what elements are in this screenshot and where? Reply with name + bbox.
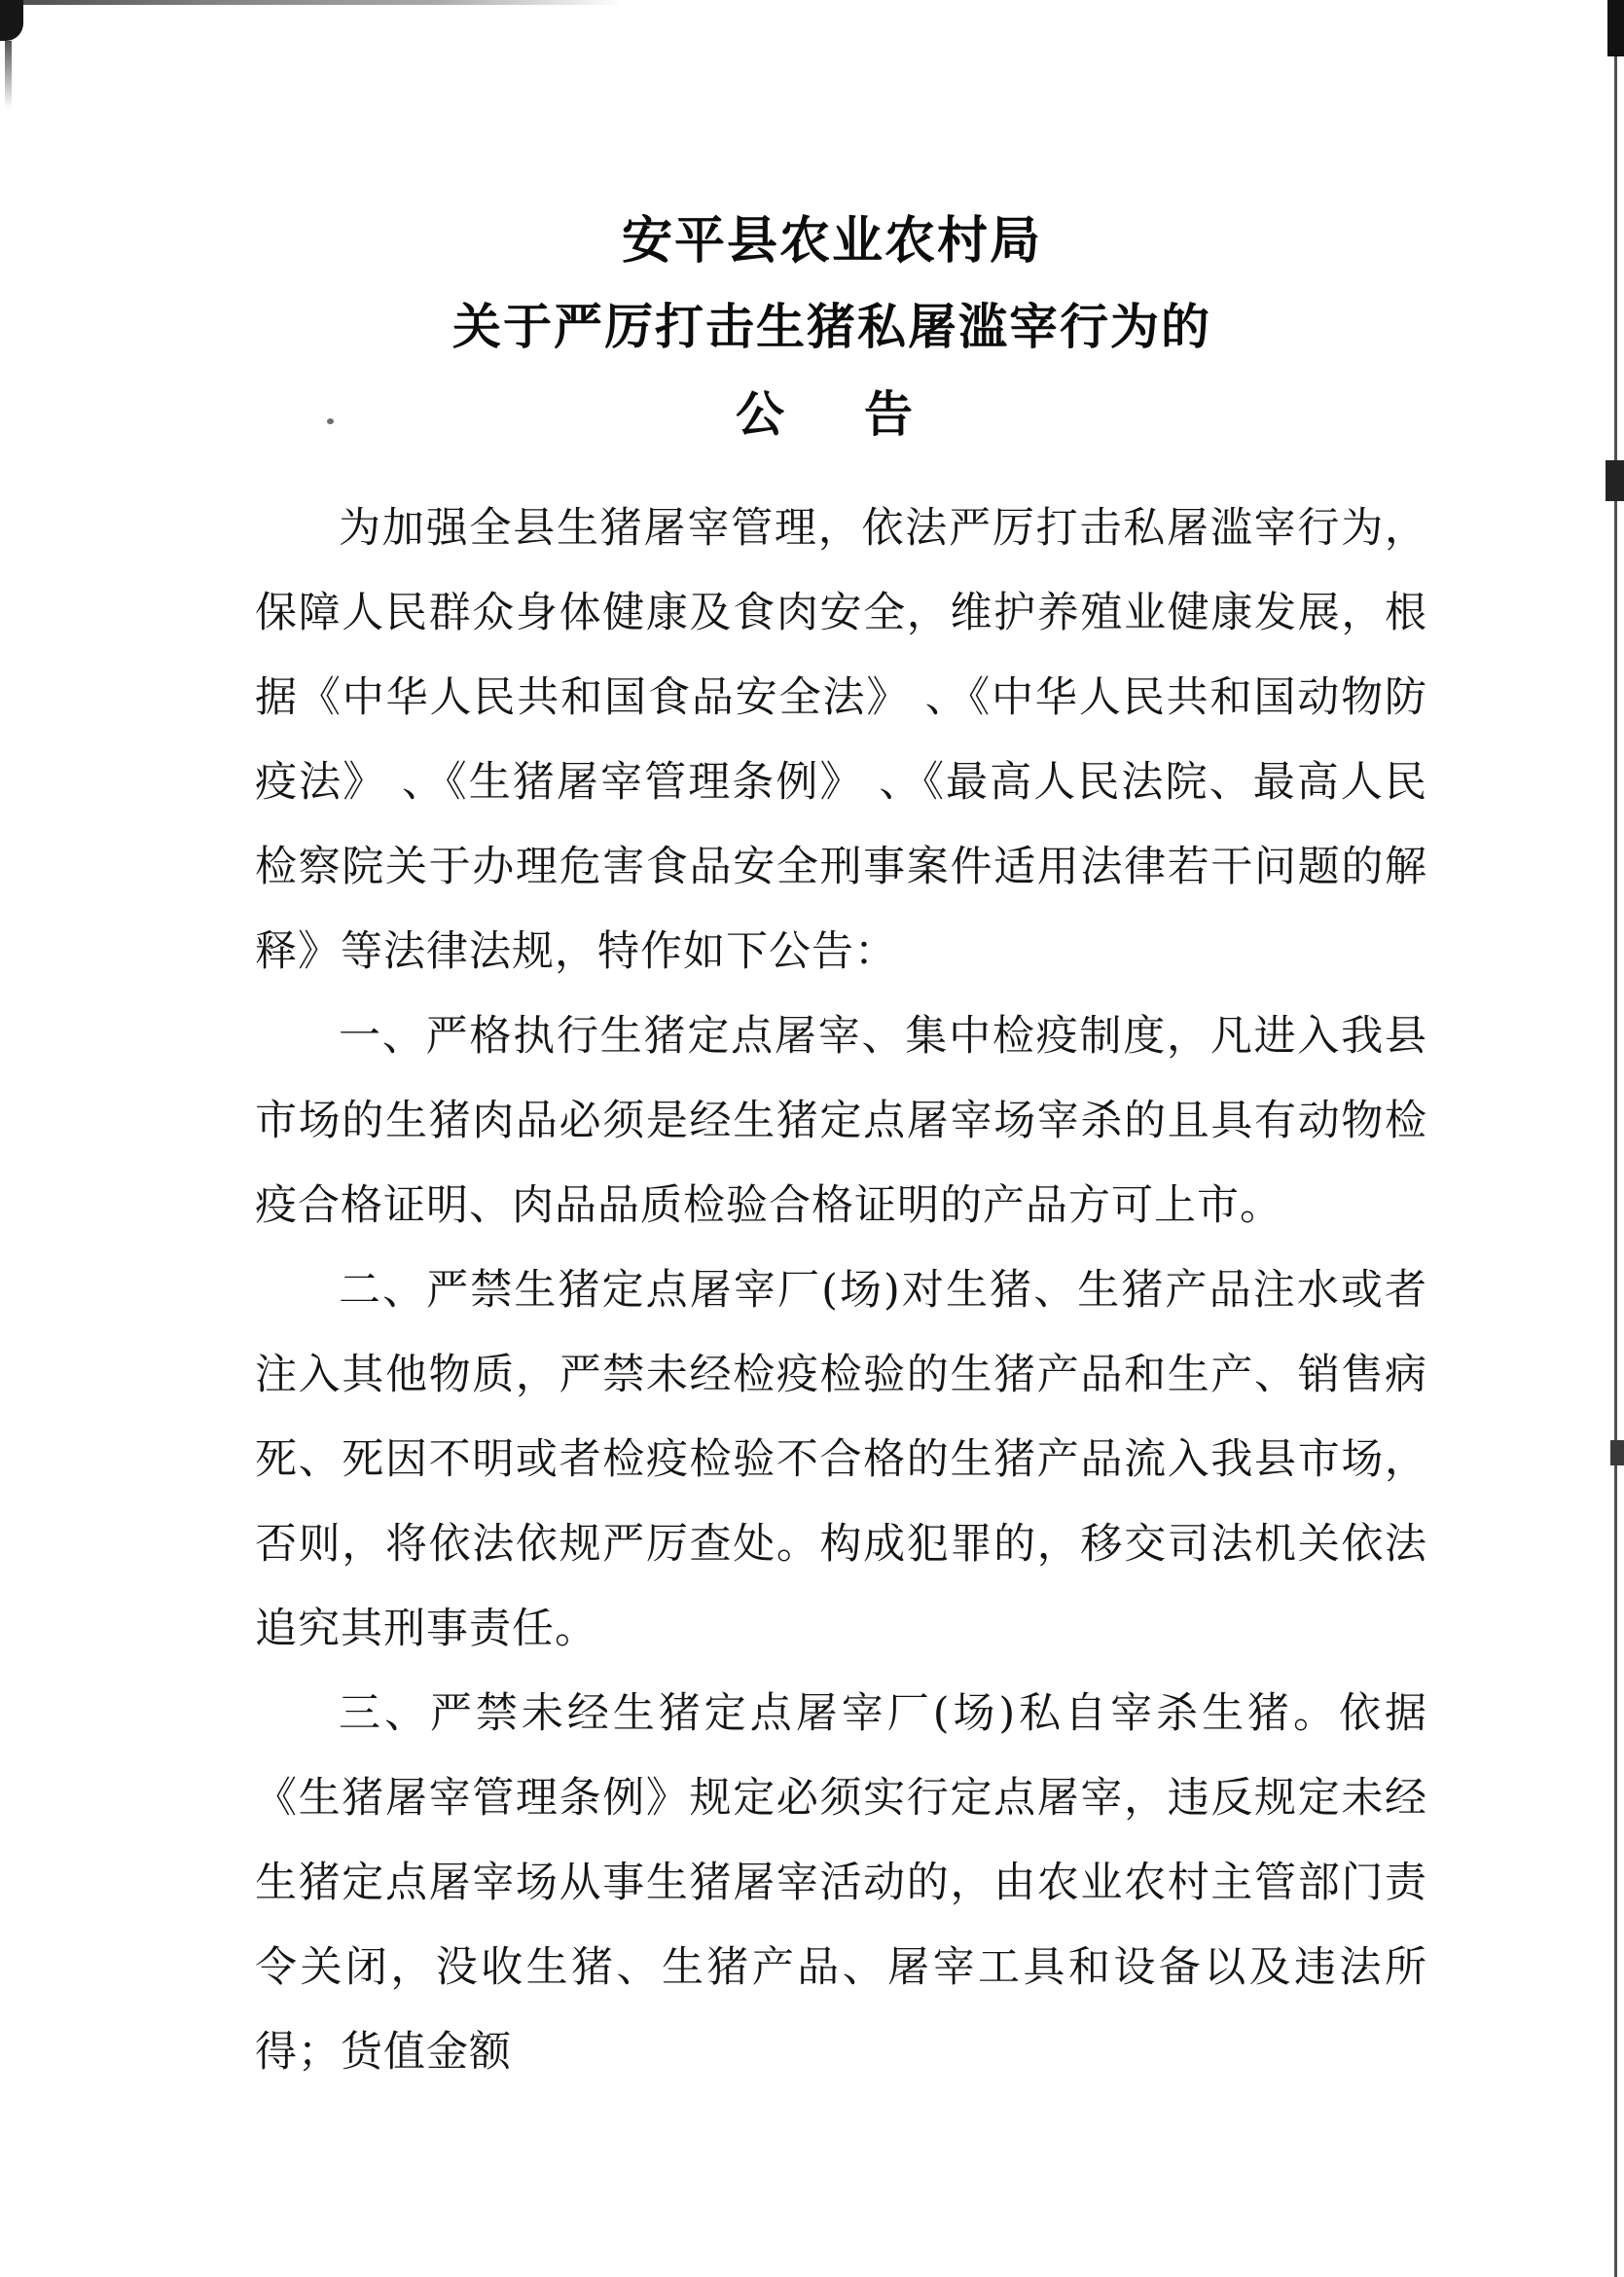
issuer-title: 安平县农业农村局 xyxy=(234,199,1430,272)
scan-top-left-blob xyxy=(0,0,23,41)
scan-right-edge-line xyxy=(1614,0,1617,2277)
paragraph-item-3: 三、严禁未经生猪定点屠宰厂(场)私自宰杀生猪。依据《生猪屠宰管理条例》规定必须实… xyxy=(255,1672,1427,2095)
paragraph-item-1: 一、严格执行生猪定点屠宰、集中检疫制度，凡进入我县市场的生猪肉品必须是经生猪定点… xyxy=(255,994,1427,1248)
paragraph-item-2: 二、严禁生猪定点屠宰厂(场)对生猪、生猪产品注水或者注入其他物质，严禁未经检疫检… xyxy=(255,1248,1427,1672)
notice-heading: 公 告 xyxy=(234,376,1430,446)
scanned-notice-page: 安平县农业农村局 关于严厉打击生猪私屠滥宰行为的 公 告 为加强全县生猪屠宰管理… xyxy=(0,0,1624,2277)
subject-title: 关于严厉打击生猪私屠滥宰行为的 xyxy=(234,288,1430,358)
paragraph-preamble: 为加强全县生猪屠宰管理，依法严厉打击私屠滥宰行为，保障人民群众身体健康及食肉安全… xyxy=(255,487,1427,994)
scan-right-top-mark xyxy=(1607,0,1624,56)
notice-body: 为加强全县生猪屠宰管理，依法严厉打击私屠滥宰行为，保障人民群众身体健康及食肉安全… xyxy=(255,487,1427,2095)
scan-right-tick-upper xyxy=(1606,460,1624,501)
scan-right-tick-lower xyxy=(1610,1440,1624,1465)
scan-top-edge-smudge xyxy=(0,0,623,5)
scan-top-left-streak xyxy=(5,41,12,109)
